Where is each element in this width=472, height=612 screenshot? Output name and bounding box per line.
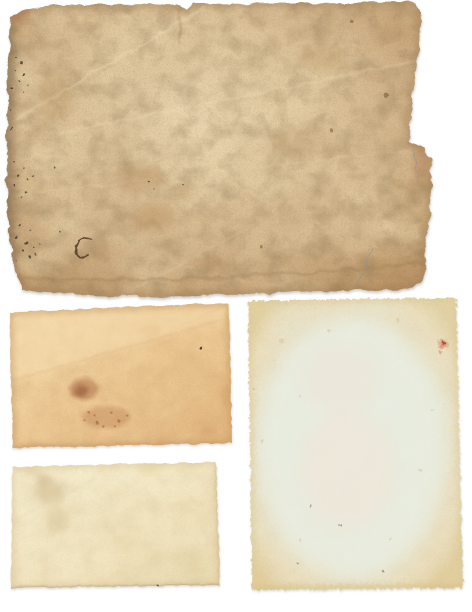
peach-dark-fleck (199, 346, 202, 349)
paper-large-kraft (0, 0, 440, 302)
paper-small-cream (5, 458, 230, 594)
scanned-papers-collage (0, 0, 472, 612)
paper-deckled-photo (242, 293, 472, 595)
rust-stain-upper (70, 378, 98, 400)
paper-peach-stained (5, 298, 237, 453)
